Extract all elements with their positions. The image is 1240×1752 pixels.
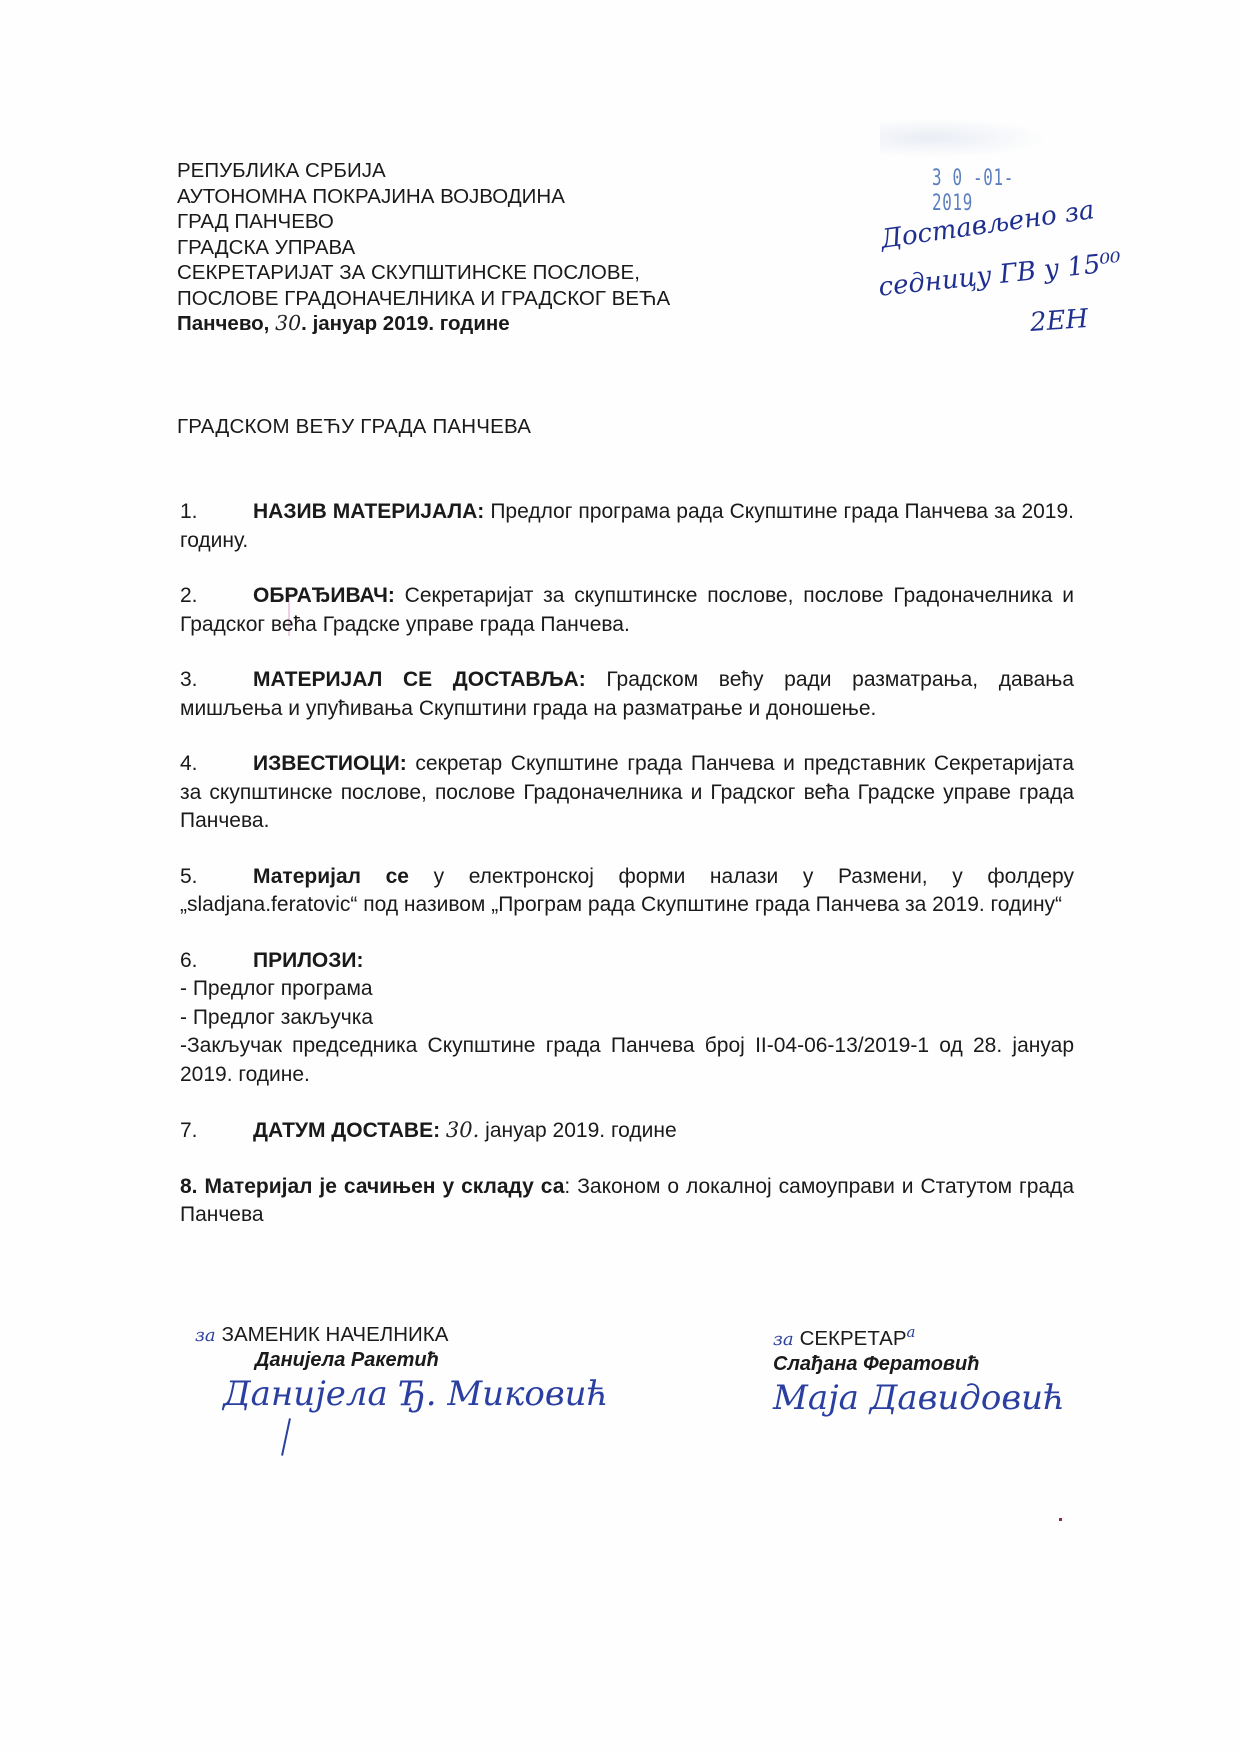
item-legal-basis: 8. Материјал је сачињен у складу са: Зак…	[180, 1173, 1074, 1230]
item-label: ПРИЛОЗИ:	[253, 949, 364, 972]
signature-title: СЕКРЕТАР	[800, 1327, 907, 1350]
item-rapporteurs: 4.ИЗВЕСТИОЦИ: секретар Скупштине града П…	[180, 750, 1074, 836]
signature-block-secretary: заСЕКРЕТАРа Слађана Фератовић Маја Давид…	[773, 1323, 1065, 1418]
handwritten-note-line-2: седницу ГВ у 15⁰⁰	[877, 247, 1122, 302]
signature-stroke	[281, 1418, 291, 1456]
item-material-name: 1.НАЗИВ МАТЕРИЈАЛА: Предлог програма рад…	[180, 498, 1074, 555]
item-number: 8.	[180, 1175, 198, 1198]
item-delivered-to: 3.МАТЕРИЈАЛ СЕ ДОСТАВЉА: Градском већу р…	[180, 666, 1074, 723]
document-header: РЕПУБЛИКА СРБИЈА АУТОНОМНА ПОКРАЈИНА ВОЈ…	[177, 158, 670, 337]
header-date-prefix: Панчево,	[177, 312, 275, 335]
signature-name: Данијела Ракетић	[195, 1349, 608, 1372]
signature-title-suffix-handwritten: а	[907, 1323, 916, 1341]
item-attachments: 6.ПРИЛОЗИ: - Предлог програма - Предлог …	[180, 947, 1074, 1090]
item-label: Материјал је сачињен у складу са	[204, 1175, 564, 1198]
item-list: 1.НАЗИВ МАТЕРИЈАЛА: Предлог програма рад…	[180, 498, 1074, 1230]
item-delivery-date: 7.ДАТУМ ДОСТАВЕ: 30. јануар 2019. године	[180, 1116, 1074, 1146]
signature-name: Слађана Фератовић	[773, 1353, 1065, 1376]
header-date-suffix: . јануар 2019. године	[301, 312, 510, 335]
attachment-item: - Предлог закључка	[180, 1004, 1074, 1033]
item-number: 1.	[180, 498, 253, 527]
item-label: МАТЕРИЈАЛ СЕ ДОСТАВЉА:	[253, 668, 586, 691]
item-label: ИЗВЕСТИОЦИ:	[253, 752, 407, 775]
item-number: 6.	[180, 947, 253, 976]
item-label: НАЗИВ МАТЕРИЈАЛА:	[253, 500, 484, 523]
header-line-secretariat: СЕКРЕТАРИЈАТ ЗА СКУПШТИНСКЕ ПОСЛОВЕ,	[177, 260, 670, 286]
document-page: РЕПУБЛИКА СРБИЈА АУТОНОМНА ПОКРАЈИНА ВОЈ…	[0, 0, 1240, 1752]
signature-title: ЗАМЕНИК НАЧЕЛНИКА	[222, 1323, 449, 1346]
received-stamp: 3 0 -01- 2019	[880, 118, 1080, 198]
item-number: 7.	[180, 1117, 253, 1146]
item-electronic-form: 5.Материјал се у електронској форми нала…	[180, 863, 1074, 920]
header-date-day-handwritten: 30	[275, 311, 301, 335]
ink-dot	[1059, 1518, 1062, 1521]
delivery-day-handwritten: 30.	[446, 1118, 479, 1142]
item-author: 2.ОБРАЂИВАЧ: Секретаријат за скупштинске…	[180, 582, 1074, 639]
attachment-item: - Предлог програма	[180, 975, 1074, 1004]
header-date: Панчево, 30. јануар 2019. године	[177, 311, 670, 337]
header-line-administration: ГРАДСКА УПРАВА	[177, 235, 670, 261]
attachment-item: -Закључак председника Скупштине града Па…	[180, 1032, 1074, 1089]
header-line-secretariat-cont: ПОСЛОВЕ ГРАДОНАЧЕЛНИКА И ГРАДСКОГ ВЕЋА	[177, 286, 670, 312]
stamp-ink-smudge	[880, 118, 1050, 158]
item-number: 4.	[180, 750, 253, 779]
item-label: ОБРАЂИВАЧ:	[253, 584, 395, 607]
handwritten-note-line-3: 2ЕН	[1029, 304, 1089, 338]
item-label: Материјал се	[253, 865, 409, 888]
signature-prefix-handwritten: за	[773, 1329, 794, 1350]
signature-block-deputy-head: заЗАМЕНИК НАЧЕЛНИКА Данијела Ракетић Дан…	[195, 1323, 608, 1414]
item-number: 5.	[180, 863, 253, 892]
item-number: 2.	[180, 582, 253, 611]
handwritten-signature: Маја Давидовић	[773, 1378, 1065, 1418]
item-number: 3.	[180, 666, 253, 695]
header-line-province: АУТОНОМНА ПОКРАЈИНА ВОЈВОДИНА	[177, 184, 670, 210]
header-line-country: РЕПУБЛИКА СРБИЈА	[177, 158, 670, 184]
item-text: јануар 2019. године	[479, 1119, 676, 1142]
signature-prefix-handwritten: за	[195, 1325, 216, 1346]
item-label: ДАТУМ ДОСТАВЕ:	[253, 1119, 440, 1142]
header-line-city: ГРАД ПАНЧЕВО	[177, 209, 670, 235]
recipient: ГРАДСКОМ ВЕЋУ ГРАДА ПАНЧЕВА	[177, 415, 531, 439]
handwritten-signature: Данијела Ђ. Миковић	[195, 1374, 608, 1414]
